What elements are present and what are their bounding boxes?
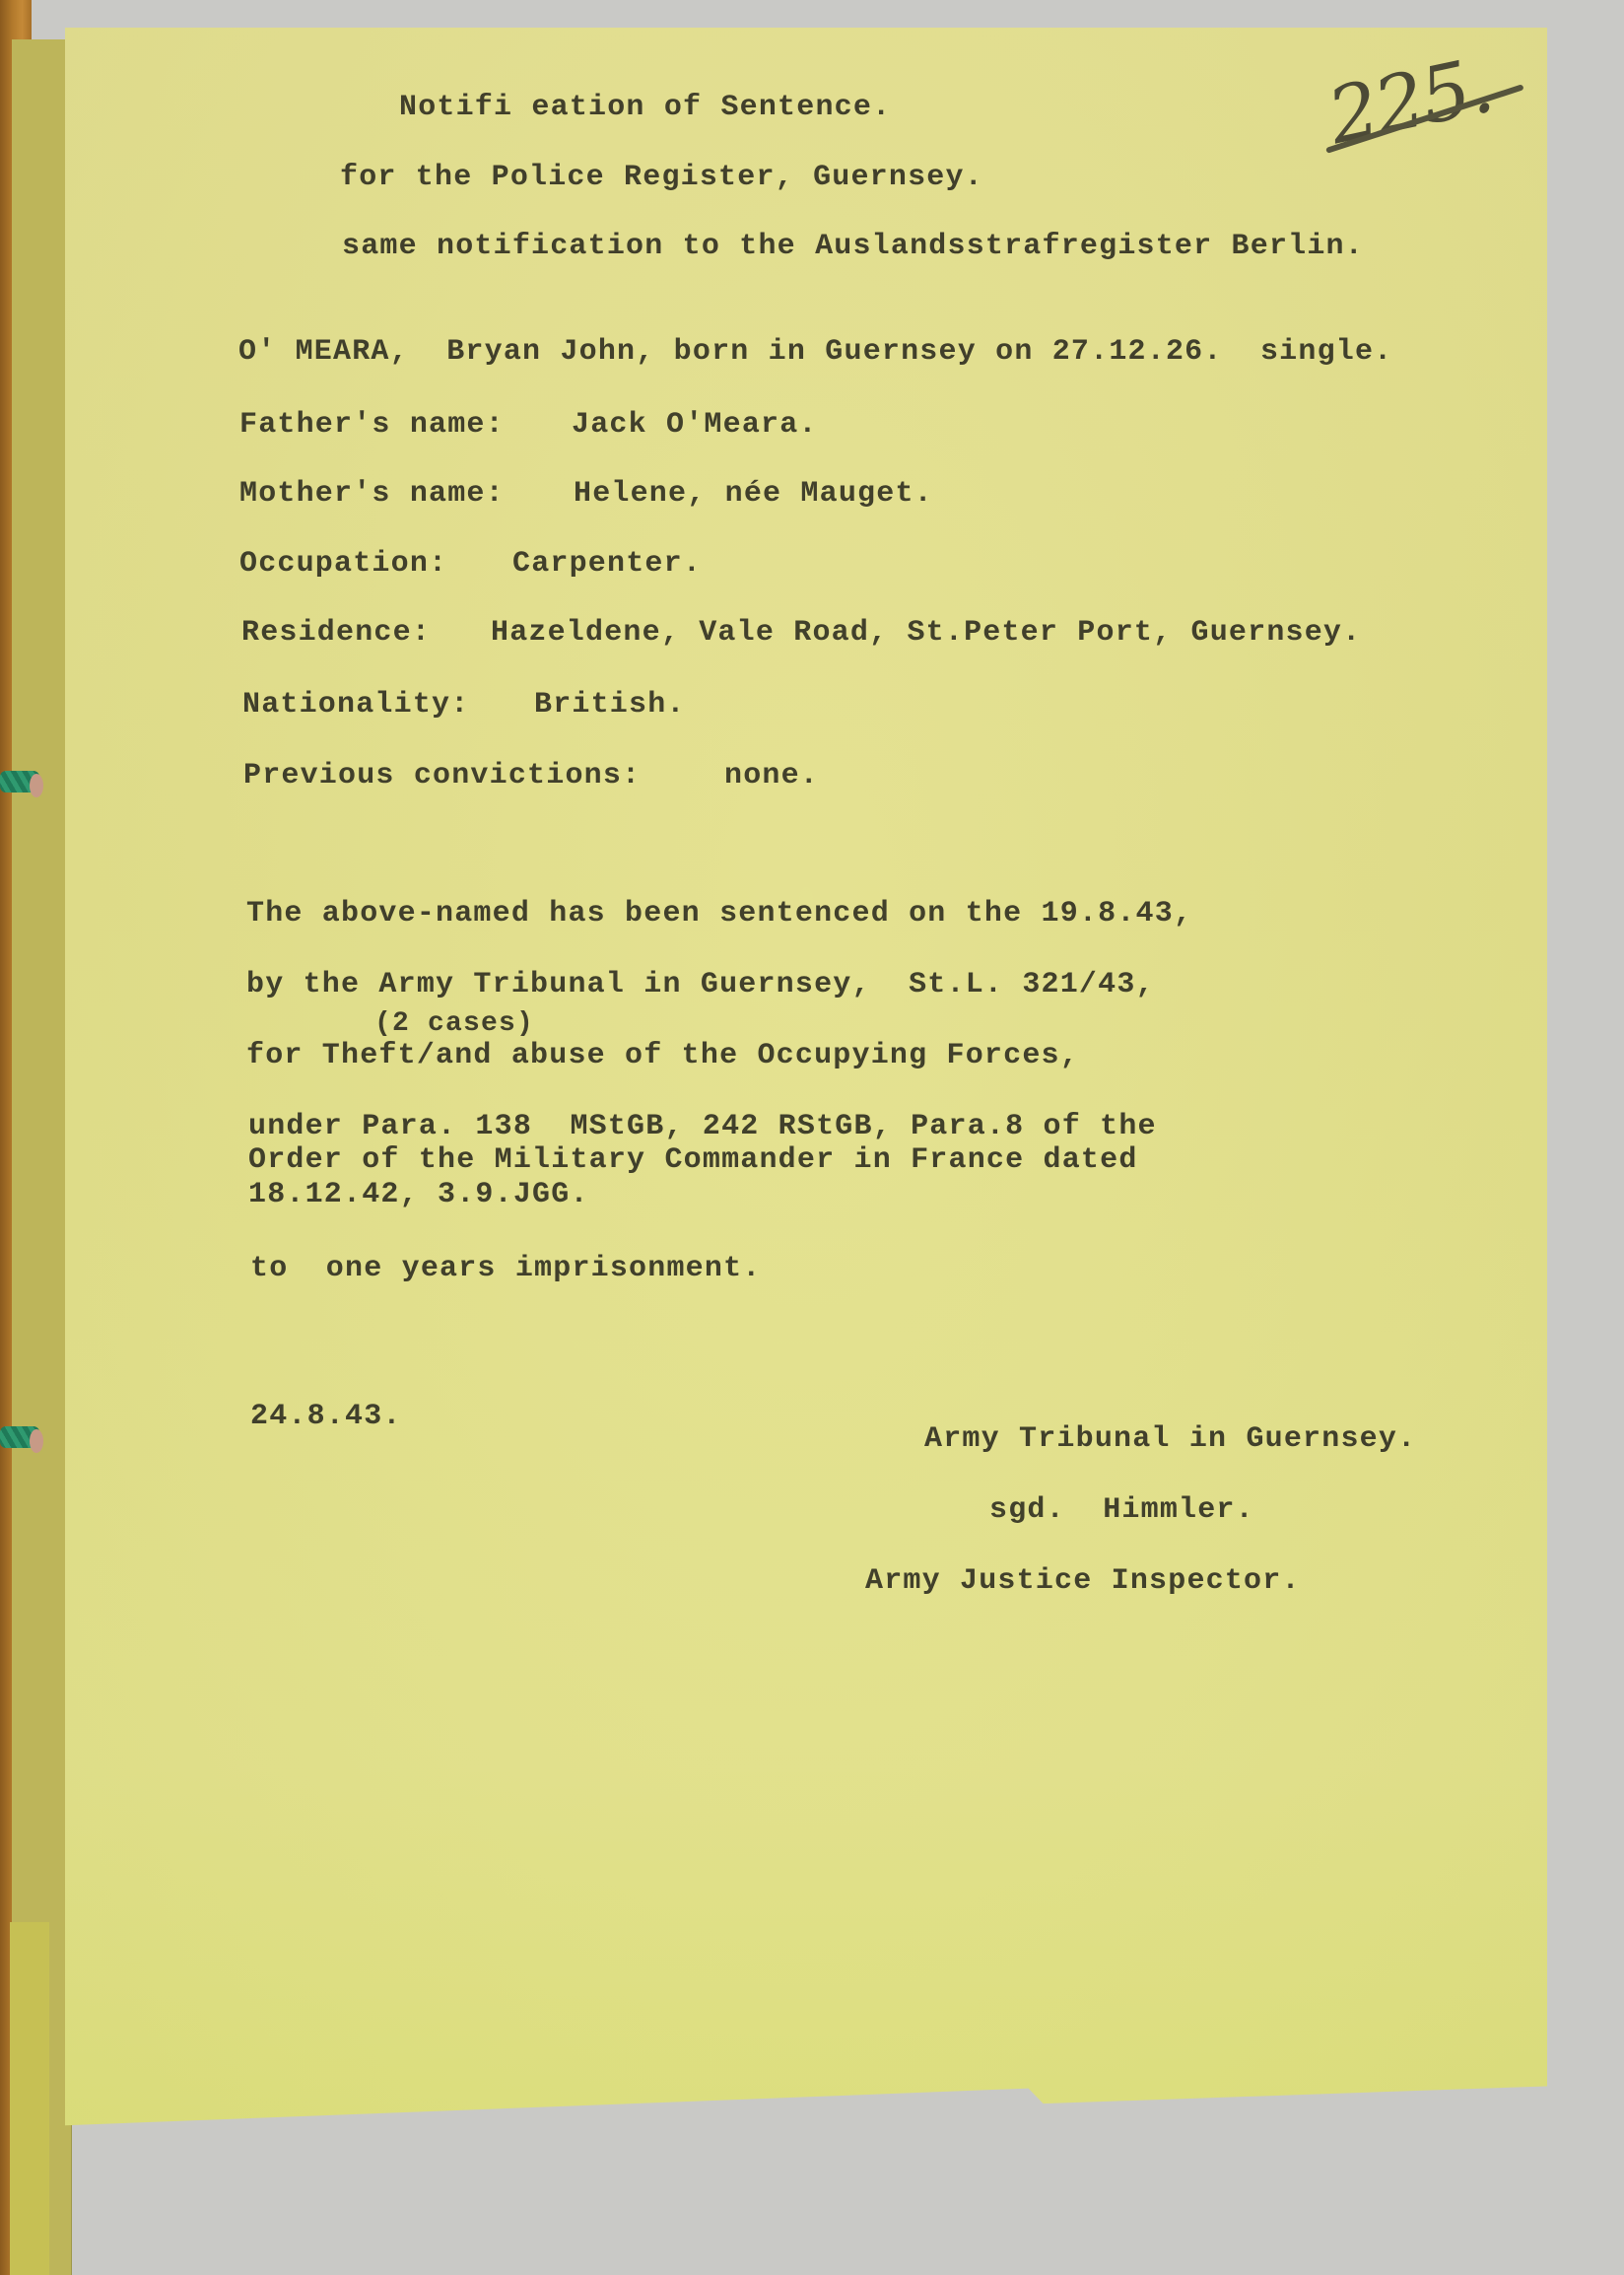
previous-convictions-label: Previous convictions: — [243, 759, 641, 793]
occupation-value: Carpenter. — [512, 547, 702, 581]
document-date: 24.8.43. — [250, 1400, 402, 1433]
signature-line-1: Army Tribunal in Guernsey. — [924, 1422, 1416, 1456]
mothers-name-value: Helene, née Mauget. — [574, 477, 933, 511]
header-line-3: same notification to the Auslandsstrafre… — [342, 230, 1364, 263]
sentence-line-6: 18.12.42, 3.9.JGG. — [248, 1178, 589, 1211]
fathers-name-value: Jack O'Meara. — [572, 408, 818, 442]
sentence-line-1: The above-named has been sentenced on th… — [246, 897, 1192, 931]
punch-hole-bottom — [30, 1429, 43, 1453]
signature-line-3: Army Justice Inspector. — [865, 1564, 1301, 1598]
previous-convictions-value: none. — [724, 759, 819, 793]
fathers-name-label: Father's name: — [239, 408, 505, 442]
sentence-line-7: to one years imprisonment. — [250, 1252, 761, 1285]
sentence-line-2: by the Army Tribunal in Guernsey, St.L. … — [246, 968, 1155, 1001]
header-line-2: for the Police Register, Guernsey. — [340, 161, 983, 194]
residence-value: Hazeldene, Vale Road, St.Peter Port, Gue… — [491, 616, 1361, 650]
sentence-line-4: under Para. 138 MStGB, 242 RStGB, Para.8… — [248, 1110, 1157, 1143]
mothers-name-label: Mother's name: — [239, 477, 505, 511]
document-title: Notifi eation of Sentence. — [399, 91, 891, 124]
sentence-line-3: for Theft/and abuse of the Occupying For… — [246, 1039, 1079, 1072]
nationality-label: Nationality: — [242, 688, 469, 722]
underlying-page-edge-lower — [10, 1922, 49, 2275]
occupation-label: Occupation: — [239, 547, 447, 581]
sentence-line-5: Order of the Military Commander in Franc… — [248, 1143, 1138, 1177]
residence-label: Residence: — [241, 616, 431, 650]
punch-hole-top — [30, 774, 43, 797]
sentence-insert-cases: (2 cases) — [374, 1008, 534, 1039]
identity-line: O' MEARA, Bryan John, born in Guernsey o… — [238, 335, 1392, 369]
nationality-value: British. — [534, 688, 686, 722]
signature-line-2: sgd. Himmler. — [989, 1493, 1254, 1527]
